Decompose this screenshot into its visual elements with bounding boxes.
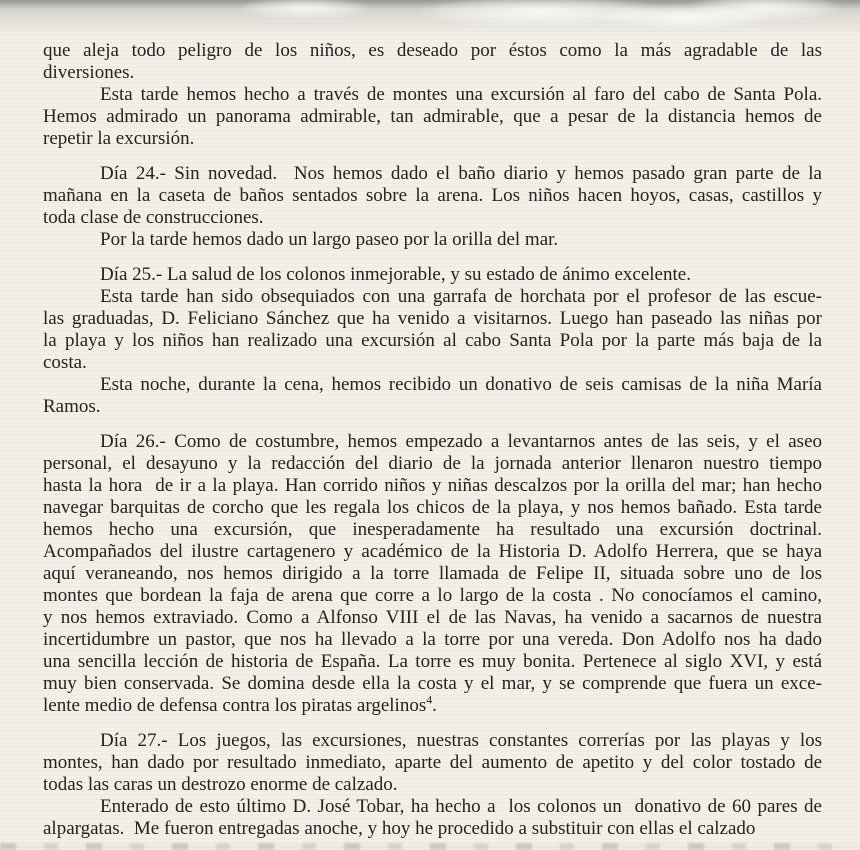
text-line: todas las caras un destrozo enorme de ca… <box>43 774 822 796</box>
text-line: alpargatas. Me fueron entregadas anoche,… <box>43 818 822 840</box>
text-run: . <box>432 695 437 716</box>
scan-blotch <box>690 0 840 20</box>
text-line: montes que bordean la faja de arena que … <box>43 585 822 607</box>
paragraph-day-25-horchata: Esta tarde han sido obsequiados con una … <box>43 286 822 374</box>
scan-top-edge-shadow <box>0 0 860 9</box>
text-line: Esta tarde hemos hecho a través de monte… <box>43 84 822 106</box>
text-line: Por la tarde hemos dado un largo paseo p… <box>43 229 822 251</box>
paragraph-continuation: que aleja todo peligro de los niños, es … <box>43 40 822 84</box>
paragraph-day-25-camisas: Esta noche, durante la cena, hemos recib… <box>43 374 822 418</box>
text-line: una sencilla lección de historia de Espa… <box>43 651 822 673</box>
text-line: montes, han dado por resultado inmediato… <box>43 752 822 774</box>
text-line: aquí veraneando, nos hemos dirigido a la… <box>43 563 822 585</box>
text-line: repetir la excursión. <box>43 128 822 150</box>
scan-blotch <box>600 6 770 28</box>
text-line: la playa y los niños han realizado una e… <box>43 330 822 352</box>
paragraph-day-24: Día 24.- Sin novedad. Nos hemos dado el … <box>43 163 822 229</box>
text-run: lente medio de defensa contra los pirata… <box>43 695 426 716</box>
text-line: muy bien conservada. Se domina desde ell… <box>43 673 822 695</box>
scanned-page: que aleja todo peligro de los niños, es … <box>0 0 860 850</box>
text-line: Día 27.- Los juegos, las excursiones, nu… <box>43 730 822 752</box>
text-line: Enterado de esto último D. José Tobar, h… <box>43 796 822 818</box>
text-line: Acompañados del ilustre cartagenero y ac… <box>43 541 822 563</box>
text-line: y nos hemos extraviado. Como a Alfonso V… <box>43 607 822 629</box>
text-line: navegar barquitas de corcho que les rega… <box>43 497 822 519</box>
scan-blotch <box>240 0 370 18</box>
paragraph-day-25: Día 25.- La salud de los colonos inmejor… <box>43 264 822 286</box>
text-line: incertidumbre un pastor, que nos ha llev… <box>43 629 822 651</box>
text-line: lente medio de defensa contra los pirata… <box>43 695 822 717</box>
text-line: hemos hecho una excursión, que inesperad… <box>43 519 822 541</box>
scan-blotch <box>420 0 660 26</box>
paragraph-day-24-paseo: Por la tarde hemos dado un largo paseo p… <box>43 229 822 251</box>
text-line: Día 24.- Sin novedad. Nos hemos dado el … <box>43 163 822 185</box>
paragraph-day-27-alpargatas: Enterado de esto último D. José Tobar, h… <box>43 796 822 840</box>
text-line: Esta tarde han sido obsequiados con una … <box>43 286 822 308</box>
text-line: que aleja todo peligro de los niños, es … <box>43 40 822 62</box>
text-line: toda clase de construcciones. <box>43 207 822 229</box>
paragraph-day-26: Día 26.- Como de costumbre, hemos empeza… <box>43 431 822 717</box>
text-line: personal, el desayuno y la redacción del… <box>43 453 822 475</box>
text-line: diversiones. <box>43 62 822 84</box>
text-line: mañana en la caseta de baños sentados so… <box>43 185 822 207</box>
scan-top-edge-artifact <box>0 0 860 36</box>
text-line: Hemos admirado un panorama admirable, ta… <box>43 106 822 128</box>
text-line: las graduadas, D. Feliciano Sánchez que … <box>43 308 822 330</box>
page-text: que aleja todo peligro de los niños, es … <box>43 40 822 840</box>
text-line: Ramos. <box>43 396 822 418</box>
paragraph-excursion-faro: Esta tarde hemos hecho a través de monte… <box>43 84 822 150</box>
paragraph-day-27: Día 27.- Los juegos, las excursiones, nu… <box>43 730 822 796</box>
scan-bottom-edge-artifact <box>0 843 860 850</box>
text-line: Día 26.- Como de costumbre, hemos empeza… <box>43 431 822 453</box>
text-line: hasta la hora de ir a la playa. Han corr… <box>43 475 822 497</box>
text-line: Día 25.- La salud de los colonos inmejor… <box>43 264 822 286</box>
text-line: costa. <box>43 352 822 374</box>
text-line: Esta noche, durante la cena, hemos recib… <box>43 374 822 396</box>
